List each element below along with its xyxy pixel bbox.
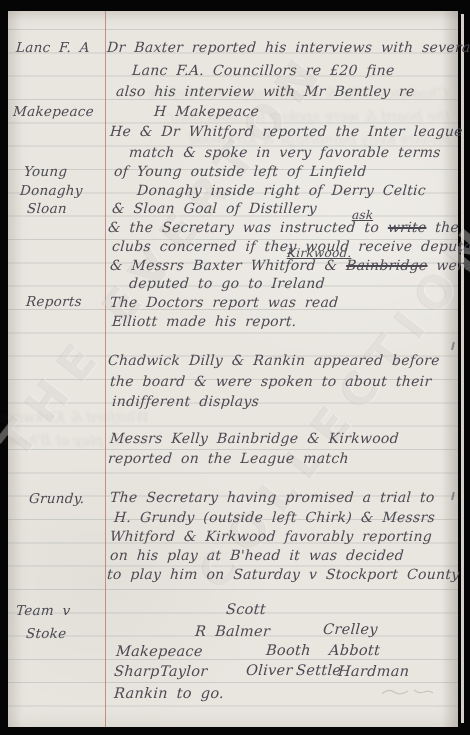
minute-line: to play him on Saturday v Stockport Coun… bbox=[106, 567, 460, 583]
margin-note-sloan: Sloan bbox=[26, 201, 67, 217]
margin-note-makepeace: Makepeace bbox=[12, 104, 94, 120]
minute-line-with-correction: & Messrs Baxter Whitford & Bainbridge we… bbox=[109, 258, 470, 274]
minute-line: Donaghy inside right of Derry Celtic bbox=[136, 183, 426, 199]
minute-line: Chadwick Dilly & Rankin appeared before bbox=[107, 353, 440, 369]
team-player-outside-right: Sharp bbox=[113, 664, 160, 680]
minute-line-with-correction: & the Secretary was instructed to write … bbox=[107, 220, 459, 236]
team-player-centre-forward: Oliver bbox=[245, 663, 293, 679]
minute-line: & Sloan Goal of Distillery bbox=[111, 201, 317, 217]
minute-line: Whitford & Kirkwood favorably reporting bbox=[109, 529, 432, 545]
margin-note-grundy: Grundy. bbox=[28, 491, 85, 507]
margin-note-donaghy: Donaghy bbox=[19, 183, 83, 199]
pencil-scribble bbox=[380, 684, 435, 702]
minute-line: The Doctors report was read bbox=[109, 295, 339, 311]
team-player-left-half: Abbott bbox=[328, 643, 380, 659]
inserted-correction-word: ask bbox=[352, 208, 374, 222]
minute-line: He & Dr Whitford reported the Inter leag… bbox=[109, 124, 463, 140]
minute-line: of Young outside left of Linfield bbox=[113, 164, 367, 180]
team-player-right-half: Makepeace bbox=[115, 644, 203, 660]
minute-line: indifferent displays bbox=[111, 394, 259, 410]
minute-line: The Secretary having promised a trial to bbox=[109, 490, 435, 506]
team-reserve-note: Rankin to go. bbox=[113, 686, 224, 702]
margin-note-young: Young bbox=[23, 164, 68, 180]
minute-line: match & spoke in very favorable terms bbox=[128, 145, 441, 161]
minute-line: H. Grundy (outside left Chirk) & Messrs bbox=[113, 510, 435, 526]
margin-rule-line bbox=[105, 11, 106, 727]
margin-note-reports: Reports bbox=[25, 294, 82, 310]
struck-word: write bbox=[387, 220, 427, 236]
team-player-goalkeeper: Scott bbox=[225, 602, 266, 618]
minute-text: were bbox=[427, 258, 470, 274]
inserted-correction-word: Kirkwood. bbox=[287, 246, 353, 260]
team-player-centre-half: Booth bbox=[265, 643, 311, 659]
minute-line: H Makepeace bbox=[153, 104, 259, 120]
minute-text: & Messrs Baxter Whitford & bbox=[109, 258, 346, 274]
team-player-left-back: Crelley bbox=[322, 622, 378, 638]
margin-note-team-v: Team v bbox=[15, 603, 71, 619]
minute-line: Dr Baxter reported his interviews with s… bbox=[106, 40, 470, 56]
minute-line: Lanc F.A. Councillors re £20 fine bbox=[131, 63, 395, 79]
minute-line: Messrs Kelly Bainbridge & Kirkwood bbox=[109, 431, 399, 447]
team-player-right-back: R Balmer bbox=[194, 624, 270, 640]
minute-line: deputed to go to Ireland bbox=[128, 276, 325, 292]
team-player-outside-left: Hardman bbox=[337, 664, 409, 680]
minute-line: reported on the League match bbox=[107, 451, 349, 467]
minute-text: & the Secretary was instructed to bbox=[107, 220, 388, 236]
struck-word: Bainbridge bbox=[346, 258, 429, 274]
minute-book-scan: THE EVERTON COLLECTION Chadwick Dilly & … bbox=[0, 0, 470, 735]
minute-text: the bbox=[426, 220, 460, 236]
minute-line: also his interview with Mr Bentley re bbox=[115, 84, 415, 100]
margin-note-stoke: Stoke bbox=[25, 626, 67, 642]
minute-line: the board & were spoken to about their bbox=[109, 374, 432, 390]
minute-line: on his play at B'head it was decided bbox=[109, 548, 404, 564]
margin-note-lanc-fa: Lanc F. A bbox=[15, 40, 90, 56]
team-player-inside-right: Taylor bbox=[159, 664, 208, 680]
team-player-inside-left: Settle bbox=[295, 663, 341, 679]
minute-line: Elliott made his report. bbox=[111, 314, 297, 330]
next-page-edge bbox=[461, 14, 464, 723]
